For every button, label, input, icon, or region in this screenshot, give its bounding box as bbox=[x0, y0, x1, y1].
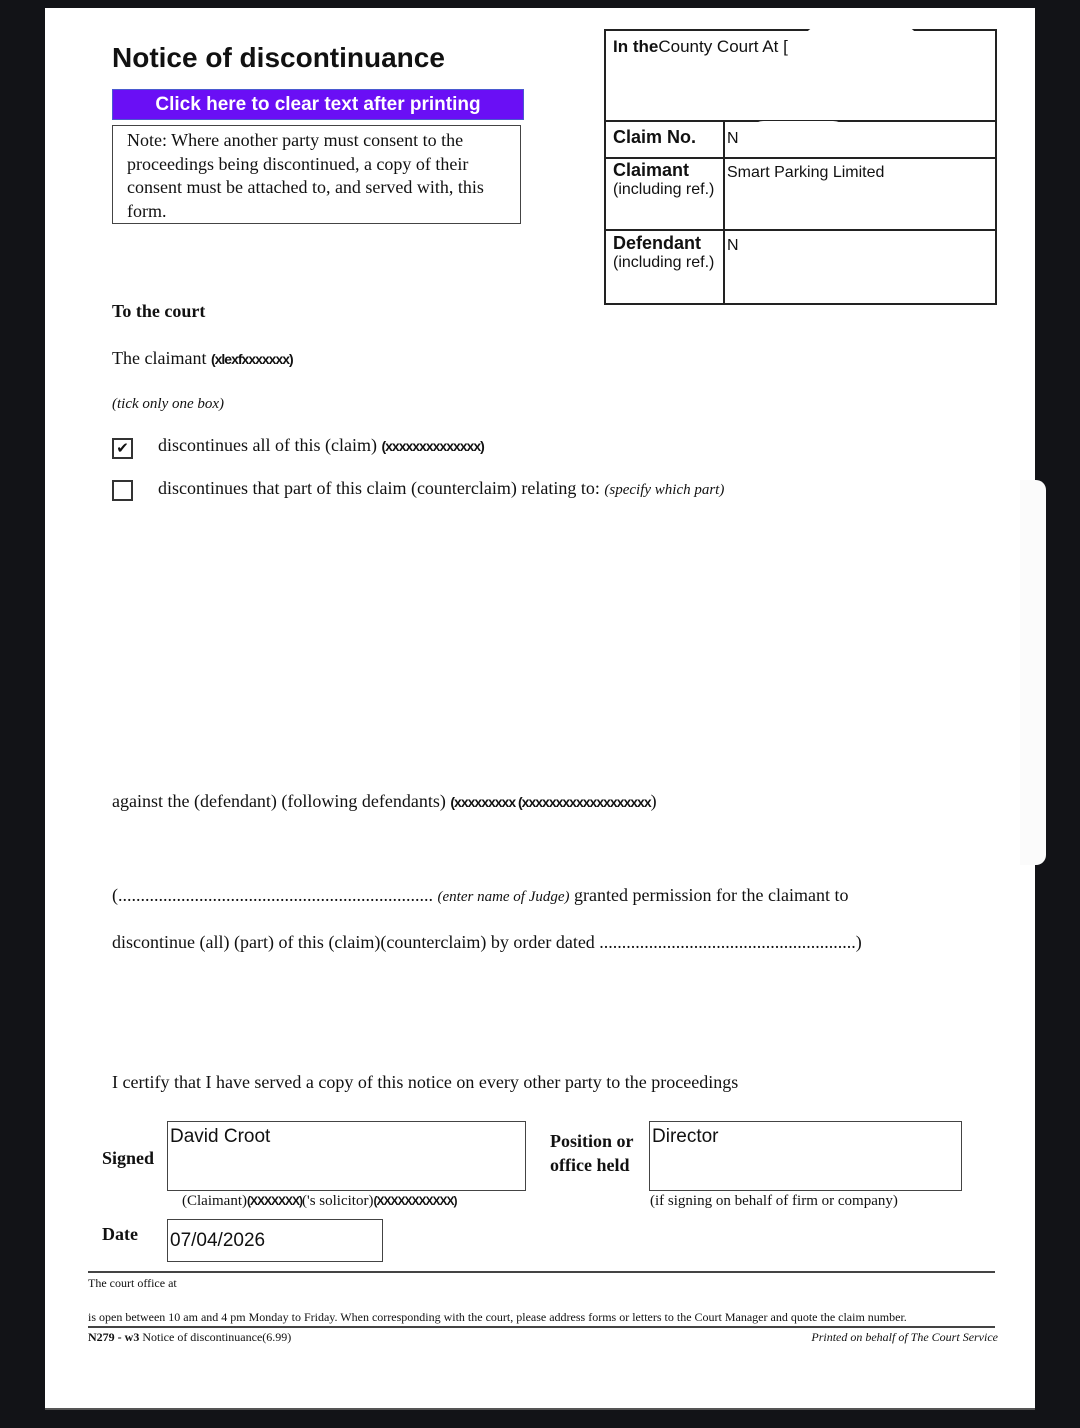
claimant-sub-label: (including ref.) bbox=[613, 181, 714, 199]
signed-label: Signed bbox=[102, 1148, 154, 1169]
judge-line: (.......................................… bbox=[112, 885, 848, 906]
in-the-label: In the bbox=[613, 37, 658, 56]
against-line: against the (defendant) (following defen… bbox=[112, 791, 657, 812]
discontinue-part-checkbox[interactable] bbox=[112, 480, 133, 501]
signed-field[interactable]: David Croot bbox=[167, 1121, 526, 1191]
claimant-line: The claimant (xlexfxxxxxxx) bbox=[112, 348, 293, 369]
position-caption: (if signing on behalf of firm or company… bbox=[650, 1193, 898, 1210]
claimant-field[interactable]: Smart Parking Limited bbox=[727, 164, 884, 182]
to-the-court-heading: To the court bbox=[112, 301, 205, 322]
date-label: Date bbox=[102, 1224, 138, 1245]
defendant-field[interactable]: N bbox=[727, 237, 739, 255]
discontinue-all-label: discontinues all of this (claim) (xxxxxx… bbox=[158, 435, 484, 456]
court-field[interactable]: In theCounty Court At [ bbox=[613, 37, 788, 57]
position-field[interactable]: Director bbox=[649, 1121, 962, 1191]
specify-part-field[interactable] bbox=[155, 508, 715, 778]
consent-note: Note: Where another party must consent t… bbox=[112, 125, 521, 224]
court-name-value: County Court At [ bbox=[658, 37, 787, 56]
discontinue-part-label: discontinues that part of this claim (co… bbox=[158, 478, 724, 499]
claim-no-label: Claim No. bbox=[613, 127, 696, 148]
form-reference: N279 - w3 Notice of discontinuance(6.99) bbox=[88, 1330, 291, 1345]
date-field[interactable]: 07/04/2026 bbox=[167, 1219, 383, 1262]
claimant-label: Claimant (including ref.) bbox=[613, 160, 714, 199]
discontinue-all-checkbox[interactable]: ✔ bbox=[112, 438, 133, 459]
page-title: Notice of discontinuance bbox=[112, 42, 445, 74]
scroll-handle[interactable] bbox=[1020, 480, 1046, 865]
court-office-label: The court office at bbox=[88, 1276, 177, 1291]
certify-statement: I certify that I have served a copy of t… bbox=[112, 1072, 738, 1093]
signed-caption: (Claimant)(XXXXXXX)('s solicitor)(XXXXXX… bbox=[182, 1193, 457, 1210]
tick-hint: (tick only one box) bbox=[112, 396, 224, 413]
court-info-table: In theCounty Court At [ Claim No. N Clai… bbox=[604, 29, 997, 305]
position-label: Position or office held bbox=[550, 1129, 634, 1177]
claimant-struck-text: (xlexfxxxxxxx) bbox=[211, 351, 293, 367]
defendant-label: Defendant (including ref.) bbox=[613, 233, 714, 272]
printed-by-text: Printed on behalf of The Court Service bbox=[811, 1330, 998, 1345]
order-dated-line: discontinue (all) (part) of this (claim)… bbox=[112, 932, 862, 953]
clear-text-button[interactable]: Click here to clear text after printing bbox=[112, 89, 524, 120]
office-hours-text: is open between 10 am and 4 pm Monday to… bbox=[88, 1310, 907, 1325]
document-page: Notice of discontinuance Click here to c… bbox=[45, 8, 1035, 1410]
defendant-sub-label: (including ref.) bbox=[613, 254, 714, 272]
claim-no-field[interactable]: N bbox=[727, 130, 739, 148]
